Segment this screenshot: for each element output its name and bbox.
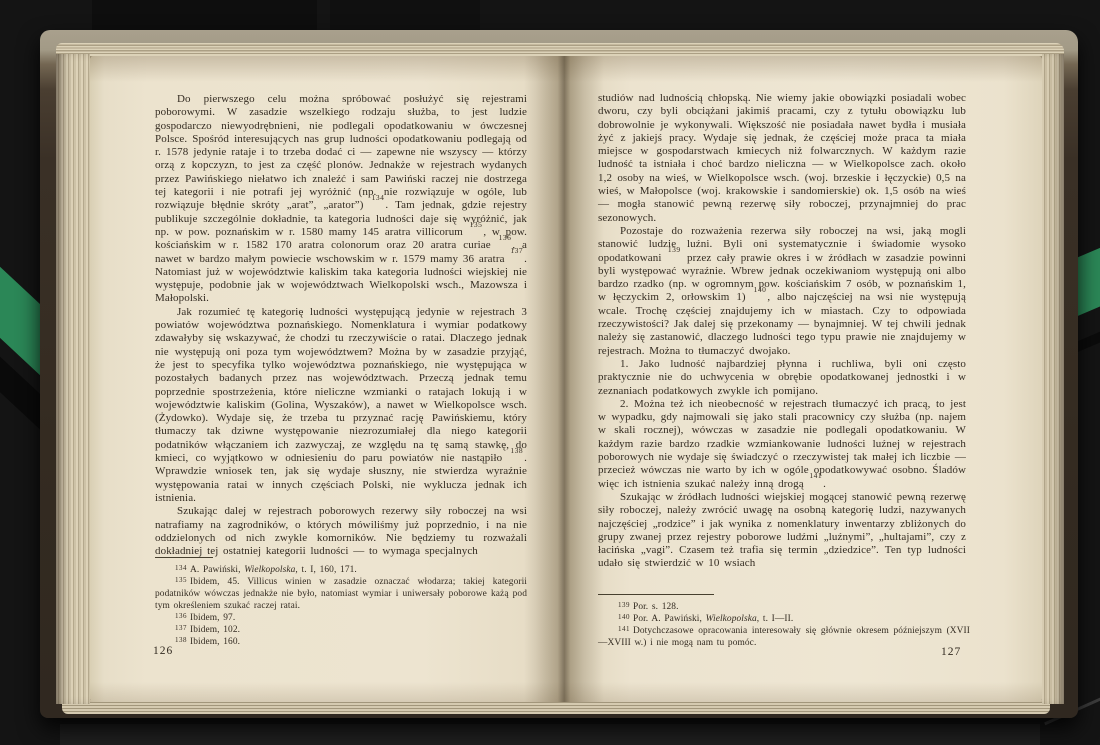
page-number-right: 127	[941, 646, 961, 658]
footnote-rule-left	[155, 557, 213, 558]
footnote-number: 136	[175, 612, 187, 620]
background-shadow-block	[60, 724, 1040, 745]
footnote: 138Ibidem, 160.	[155, 636, 527, 648]
footnote: 134A. Pawiński, Wielkopolska, t. I, 160,…	[155, 564, 527, 576]
footnote: 136Ibidem, 97.	[155, 612, 527, 624]
footnote: 137Ibidem, 102.	[155, 624, 527, 636]
paragraph: Do pierwszego celu można spróbować posłu…	[155, 93, 527, 306]
page-edges-bottom	[62, 700, 1050, 714]
left-page-footnotes: 134A. Pawiński, Wielkopolska, t. I, 160,…	[155, 564, 527, 648]
footnote: 140Por. A. Pawiński, Wielkopolska, t. I—…	[598, 613, 970, 625]
footnote: 135Ibidem, 45. Villicus winien w zasadzi…	[155, 576, 527, 612]
footnote-number: 137	[175, 624, 187, 632]
paragraph: Pozostaje do rozważenia rezerwa siły rob…	[598, 225, 966, 358]
open-book: Do pierwszego celu można spróbować posłu…	[40, 30, 1078, 718]
paragraph: 1. Jako ludność najbardziej płynna i ruc…	[598, 358, 966, 398]
paragraph: 2. Można też ich nieobecność w rejestrac…	[598, 398, 966, 491]
footnote-number: 138	[175, 636, 187, 644]
page-edges-top	[56, 43, 1064, 57]
footnote-number: 141	[618, 625, 630, 633]
footnote-rule-right	[598, 594, 714, 595]
right-page-footnotes: 139Por. s. 128.140Por. A. Pawiński, Wiel…	[598, 601, 970, 649]
footnote: 139Por. s. 128.	[598, 601, 970, 613]
paragraph: Jak rozumieć tę kategorię ludności wystę…	[155, 306, 527, 505]
paragraph: Szukając w źródłach ludności wiejskiej m…	[598, 491, 966, 571]
page-edges-right	[1042, 54, 1064, 704]
right-page-body: studiów nad ludnością chłopską. Nie wiem…	[598, 92, 966, 571]
footnote-number: 139	[618, 601, 630, 609]
page-number-left: 126	[153, 645, 173, 657]
page-edges-left	[56, 54, 90, 704]
photo-background: Do pierwszego celu można spróbować posłu…	[0, 0, 1100, 745]
paragraph: Szukając dalej w rejestrach poborowych r…	[155, 505, 527, 558]
footnote: 141Dotychczasowe opracowania interesował…	[598, 625, 970, 649]
footnote-number: 135	[175, 576, 187, 584]
footnote-number: 140	[618, 613, 630, 621]
paragraph: studiów nad ludnością chłopską. Nie wiem…	[598, 92, 966, 225]
footnote-number: 134	[175, 564, 187, 572]
left-page-body: Do pierwszego celu można spróbować posłu…	[155, 93, 527, 558]
